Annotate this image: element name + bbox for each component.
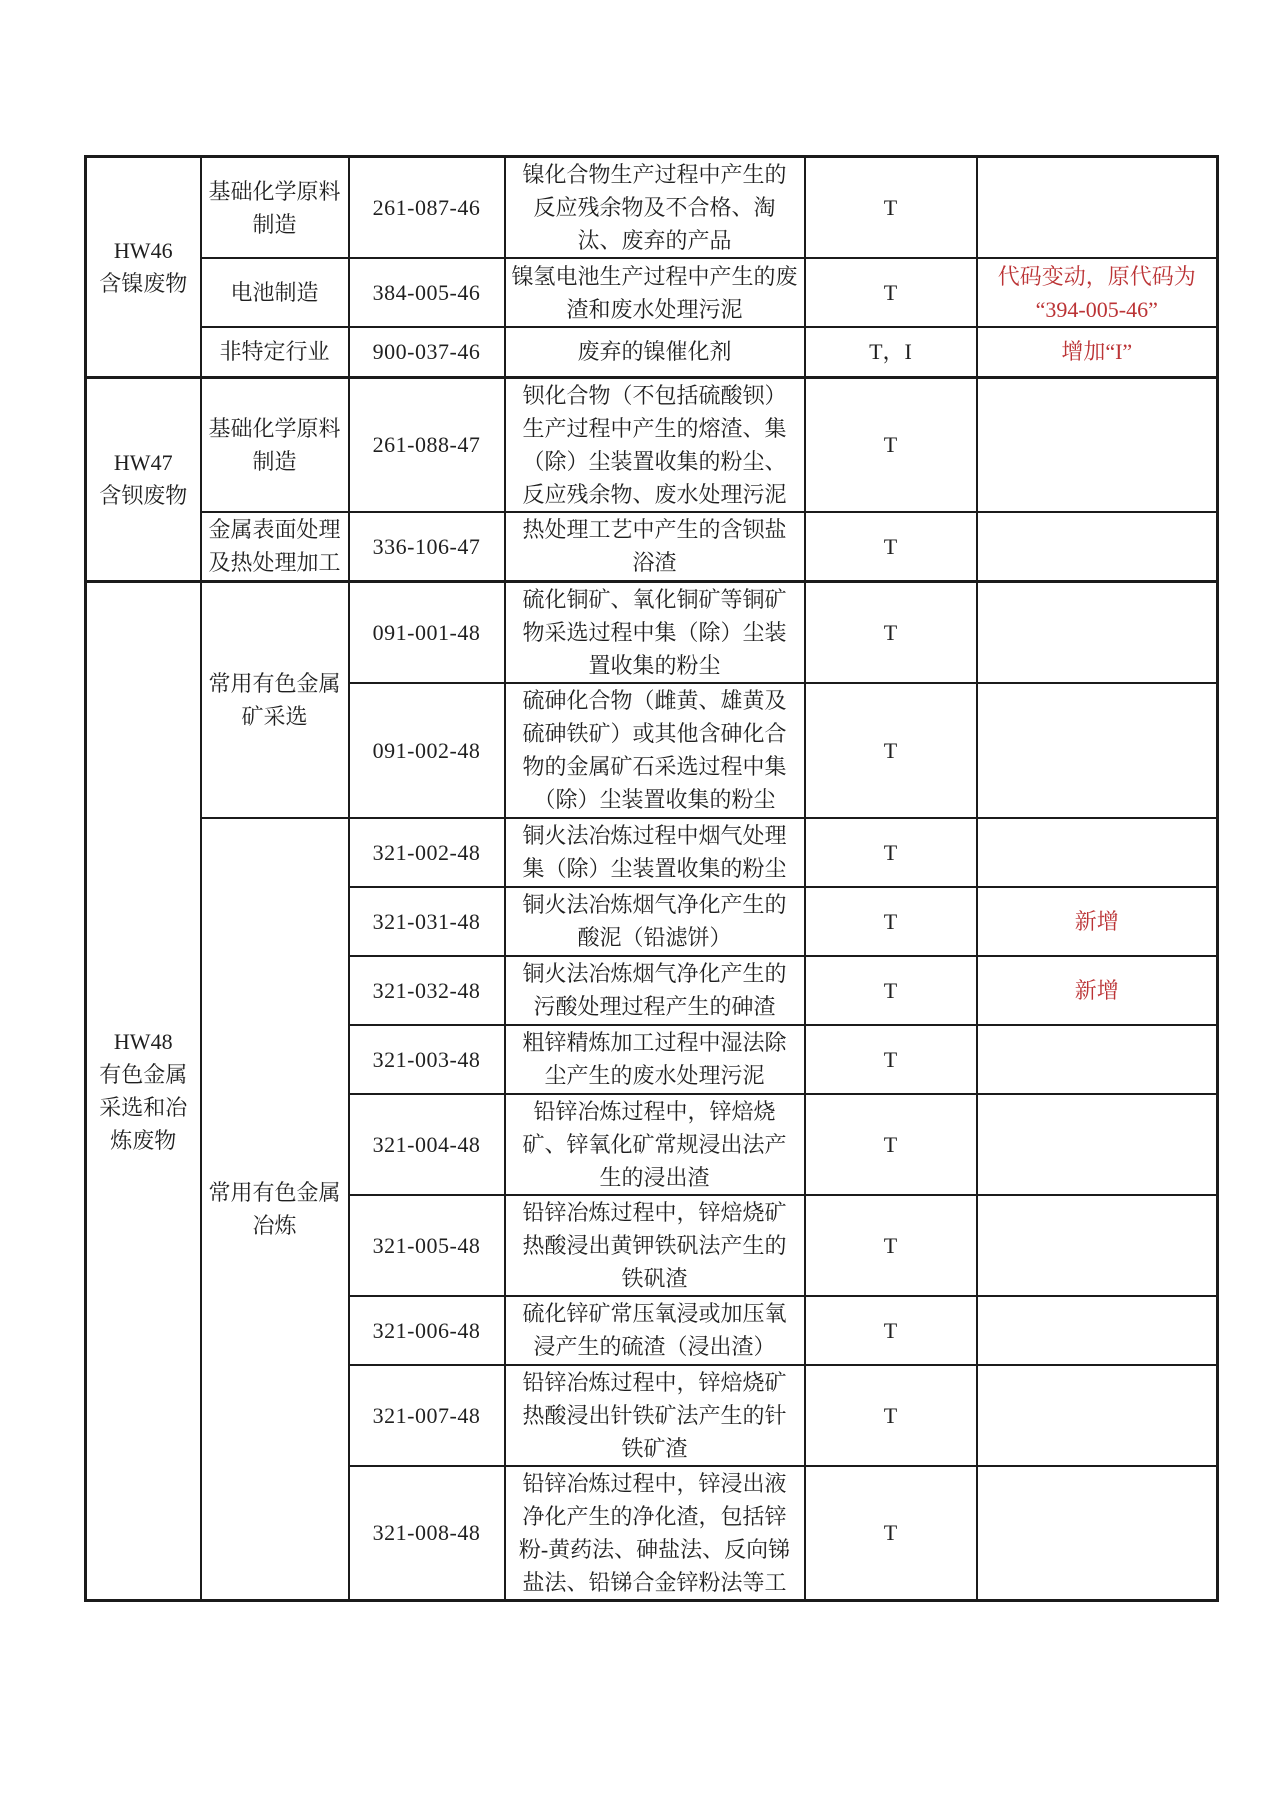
note-cell xyxy=(977,157,1218,259)
property-cell: T xyxy=(805,157,977,259)
description-cell: 铅锌冶炼过程中，锌浸出液 净化产生的净化渣，包括锌 粉-黄药法、砷盐法、反向锑 … xyxy=(505,1466,805,1601)
industry-cell: 基础化学原料 制造 xyxy=(201,157,349,259)
note-cell xyxy=(977,1466,1218,1601)
description-cell: 镍化合物生产过程中产生的 反应残余物及不合格、淘 汰、废弃的产品 xyxy=(505,157,805,259)
waste-code-cell: 321-007-48 xyxy=(349,1365,505,1466)
table-row: 非特定行业 900-037-46 废弃的镍催化剂 T，I 增加“I” xyxy=(86,327,1218,377)
waste-code-cell: 321-032-48 xyxy=(349,956,505,1025)
note-cell xyxy=(977,1195,1218,1296)
description-cell: 铜火法冶炼烟气净化产生的 污酸处理过程产生的砷渣 xyxy=(505,956,805,1025)
property-cell: T xyxy=(805,887,977,956)
industry-cell: 常用有色金属 矿采选 xyxy=(201,581,349,818)
property-cell: T xyxy=(805,1195,977,1296)
description-cell: 镍氢电池生产过程中产生的废 渣和废水处理污泥 xyxy=(505,258,805,327)
category-cell: HW48 有色金属 采选和冶 炼废物 xyxy=(86,581,201,1601)
description-cell: 铜火法冶炼烟气净化产生的 酸泥（铅滤饼） xyxy=(505,887,805,956)
property-cell: T xyxy=(805,956,977,1025)
waste-code-cell: 091-002-48 xyxy=(349,683,505,818)
industry-cell: 电池制造 xyxy=(201,258,349,327)
note-cell: 新增 xyxy=(977,887,1218,956)
note-cell xyxy=(977,1365,1218,1466)
waste-code-cell: 900-037-46 xyxy=(349,327,505,377)
property-cell: T xyxy=(805,512,977,581)
note-cell xyxy=(977,377,1218,512)
industry-cell: 基础化学原料 制造 xyxy=(201,377,349,512)
description-cell: 铅锌冶炼过程中，锌焙烧 矿、锌氧化矿常规浸出法产 生的浸出渣 xyxy=(505,1094,805,1195)
waste-code-cell: 261-087-46 xyxy=(349,157,505,259)
property-cell: T xyxy=(805,258,977,327)
note-cell xyxy=(977,1025,1218,1094)
description-cell: 硫化锌矿常压氧浸或加压氧 浸产生的硫渣（浸出渣） xyxy=(505,1296,805,1365)
description-cell: 硫砷化合物（雌黄、雄黄及 硫砷铁矿）或其他含砷化合 物的金属矿石采选过程中集 （… xyxy=(505,683,805,818)
table-row: HW46 含镍废物 基础化学原料 制造 261-087-46 镍化合物生产过程中… xyxy=(86,157,1218,259)
property-cell: T xyxy=(805,1296,977,1365)
description-cell: 铅锌冶炼过程中，锌焙烧矿 热酸浸出针铁矿法产生的针 铁矿渣 xyxy=(505,1365,805,1466)
property-cell: T，I xyxy=(805,327,977,377)
property-cell: T xyxy=(805,1094,977,1195)
industry-cell: 非特定行业 xyxy=(201,327,349,377)
property-cell: T xyxy=(805,1466,977,1601)
note-cell xyxy=(977,818,1218,887)
table-row: 常用有色金属 冶炼 321-002-48 铜火法冶炼过程中烟气处理 集（除）尘装… xyxy=(86,818,1218,887)
waste-code-cell: 321-031-48 xyxy=(349,887,505,956)
waste-code-cell: 321-003-48 xyxy=(349,1025,505,1094)
property-cell: T xyxy=(805,818,977,887)
property-cell: T xyxy=(805,1365,977,1466)
description-cell: 粗锌精炼加工过程中湿法除 尘产生的废水处理污泥 xyxy=(505,1025,805,1094)
waste-code-cell: 321-004-48 xyxy=(349,1094,505,1195)
waste-code-cell: 384-005-46 xyxy=(349,258,505,327)
waste-code-cell: 321-005-48 xyxy=(349,1195,505,1296)
note-cell: 代码变动，原代码为 “394-005-46” xyxy=(977,258,1218,327)
note-cell xyxy=(977,581,1218,683)
description-cell: 硫化铜矿、氧化铜矿等铜矿 物采选过程中集（除）尘装 置收集的粉尘 xyxy=(505,581,805,683)
table-row: 金属表面处理 及热处理加工 336-106-47 热处理工艺中产生的含钡盐 浴渣… xyxy=(86,512,1218,581)
industry-cell: 金属表面处理 及热处理加工 xyxy=(201,512,349,581)
waste-code-cell: 091-001-48 xyxy=(349,581,505,683)
note-cell xyxy=(977,512,1218,581)
property-cell: T xyxy=(805,683,977,818)
document-page: HW46 含镍废物 基础化学原料 制造 261-087-46 镍化合物生产过程中… xyxy=(0,0,1280,1810)
table-row: HW48 有色金属 采选和冶 炼废物 常用有色金属 矿采选 091-001-48… xyxy=(86,581,1218,683)
table-row: HW47 含钡废物 基础化学原料 制造 261-088-47 钡化合物（不包括硫… xyxy=(86,377,1218,512)
table-row: 电池制造 384-005-46 镍氢电池生产过程中产生的废 渣和废水处理污泥 T… xyxy=(86,258,1218,327)
description-cell: 废弃的镍催化剂 xyxy=(505,327,805,377)
note-cell xyxy=(977,1296,1218,1365)
note-cell: 新增 xyxy=(977,956,1218,1025)
description-cell: 铜火法冶炼过程中烟气处理 集（除）尘装置收集的粉尘 xyxy=(505,818,805,887)
description-cell: 钡化合物（不包括硫酸钡） 生产过程中产生的熔渣、集 （除）尘装置收集的粉尘、 反… xyxy=(505,377,805,512)
property-cell: T xyxy=(805,377,977,512)
waste-code-cell: 321-008-48 xyxy=(349,1466,505,1601)
note-cell xyxy=(977,683,1218,818)
waste-code-cell: 336-106-47 xyxy=(349,512,505,581)
description-cell: 热处理工艺中产生的含钡盐 浴渣 xyxy=(505,512,805,581)
note-cell: 增加“I” xyxy=(977,327,1218,377)
waste-code-cell: 261-088-47 xyxy=(349,377,505,512)
industry-cell: 常用有色金属 冶炼 xyxy=(201,818,349,1601)
description-cell: 铅锌冶炼过程中，锌焙烧矿 热酸浸出黄钾铁矾法产生的 铁矾渣 xyxy=(505,1195,805,1296)
hazardous-waste-table: HW46 含镍废物 基础化学原料 制造 261-087-46 镍化合物生产过程中… xyxy=(84,155,1219,1602)
property-cell: T xyxy=(805,1025,977,1094)
category-cell: HW46 含镍废物 xyxy=(86,157,201,378)
waste-code-cell: 321-002-48 xyxy=(349,818,505,887)
note-cell xyxy=(977,1094,1218,1195)
property-cell: T xyxy=(805,581,977,683)
waste-code-cell: 321-006-48 xyxy=(349,1296,505,1365)
category-cell: HW47 含钡废物 xyxy=(86,377,201,581)
